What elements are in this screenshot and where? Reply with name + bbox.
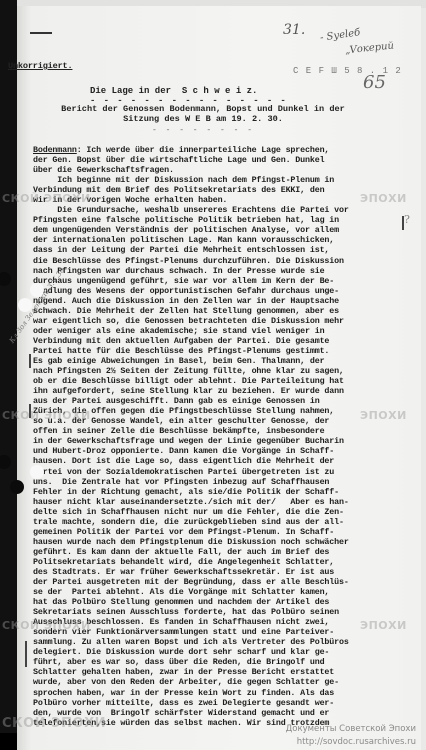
body-line: in der Gewerkschaftsfrage und wegen der … [33,436,391,446]
body-line: hat das Polbüro Stellung genommen und na… [33,597,391,607]
body-line: hausen. Dort ist die Lage so, dass eigen… [33,456,391,466]
body-line: sprochen haben, war in der Presse kein W… [33,688,391,698]
punch-hole [10,480,24,494]
archive-url: http://sovdoc.rusarchives.ru [297,737,416,747]
watermark-bottom: СКОЙ ЭПОХИ [2,716,106,731]
scan-border-corner [0,733,17,750]
body-line: dem ungenügenden Verständnis der politis… [33,225,391,235]
body-line: Partei von der Sozialdemokratischen Part… [33,467,391,477]
body-line: offen in seiner Zelle die Beschlüsse bek… [33,426,391,436]
punch-hole [30,465,44,479]
body-line: geführt. Es kam dann der aktuelle Fall, … [33,547,391,557]
watermark-right: ЭПОХИ [360,619,407,632]
body-line: der Gen. Bopst über die wirtschaftliche … [33,155,391,165]
body-line: Fehler in der Richtung gemacht, als sie/… [33,487,391,497]
body-line: und Hubert-Droz opponierte. Dann kamen d… [33,446,391,456]
archive-credit: Документы Советской Эпохи [286,724,416,734]
body-line: des Stadtrats. Er war früher Gewerkschaf… [33,567,391,577]
body-line: der internationalen politischen Lage. Ma… [33,235,391,245]
body-line: uns. Die Zentrale hat vor Pfingsten inbe… [33,477,391,487]
body-line: Politsekretariats behandelt wird, die An… [33,557,391,567]
body-line: Es gab einige Abweichungen in Basel, bei… [33,356,391,366]
body-line: führt, aber es war so, dass über die Red… [33,657,391,667]
scan-border-strip [0,0,17,750]
body-line: Polbüro vorher mitteilte, dass es zwei D… [33,698,391,708]
body-line: durchaus ungenügend geführt, sie war vor… [33,276,391,286]
body-line: Die Grundursache, weshalb unsereres Erac… [33,205,391,215]
body-line: Schlatter gehalten haben, zwar in der Pr… [33,667,391,677]
body-line: Sekretariats seinen Ausschluss forderte,… [33,607,391,617]
punch-hole [18,298,32,312]
body-line: Ich beginne mit der Diskussion nach dem … [33,175,391,185]
body-line: schwach. Die Mehrheit der Zellen hat Ste… [33,306,391,316]
handwritten-number: 31. [283,22,305,38]
body-line: Partei hatte für die Beschlüsse des Pfin… [33,346,391,356]
watermark-left: СКОЙ ЭПОХИ [2,619,91,632]
body-line: delegiert. Die Diskussion wurde dort seh… [33,647,391,657]
status-label: Unkorrigiert. [8,61,72,71]
body-line: die Beschlüsse des Pfingst-Plenums durch… [33,256,391,266]
body-line: nügend. Auch die Diskussion in den Zelle… [33,296,391,306]
margin-mark [25,641,27,667]
body-line: se der Partei ablehnt. Als die Vorgänge … [33,587,391,597]
body-line: über die Gewerkschaftsfragen. [33,165,391,175]
body-line: aus der Partei ausgeschifft. Dann gab es… [33,396,391,406]
body-line: wurde, aber von den Reden der Arbeiter, … [33,677,391,687]
subtitle-rule: - - - - - - - - [152,126,254,135]
body-line: hauser nicht klar auseinandersetzte./sic… [33,497,391,507]
body-line: nach Pfingsten 2½ Seiten der Zeitung fül… [33,366,391,376]
body-line: Bodenmann: Ich werde über die innerparte… [33,145,391,155]
body-line: gemeinen Politik der Partei vor dem Pfin… [33,527,391,537]
speaker-name: Bodenmann [33,145,77,155]
body-line: war eigentlich so, die Genossen betracht… [33,316,391,326]
document-title: Die Lage in der S c h w e i z. [90,86,257,96]
body-line: der Partei ausgetreten mit der Begründun… [33,577,391,587]
page-number: 65 [363,72,386,93]
body-line: dass in der Leitung der Partei die Mehrh… [33,245,391,255]
body-line: nach Pfingsten war durchaus schwach. In … [33,266,391,276]
document-body: Bodenmann: Ich werde über die innerparte… [33,145,391,728]
body-line: sammlung. Zu allen waren Bopst und ich a… [33,637,391,647]
body-line: ob er die Beschlüsse billigt oder ablehn… [33,376,391,386]
body-line: handlung des Wesens der opportunistische… [33,286,391,296]
body-line: trale machte, sondern die, die zurückgeb… [33,517,391,527]
body-line: ihn aufgefordert, seine Stellung klar zu… [33,386,391,396]
watermark-left: СКОЙ ЭПОХИ [2,409,91,422]
document-subtitle: Bericht der Genossen Bodenmann, Bopst un… [33,104,373,124]
margin-question-mark: ? [404,213,410,226]
watermark-right: ЭПОХИ [360,409,407,422]
punch-hole [30,283,44,297]
body-line: oder weniger als eine akademische; sie s… [33,326,391,336]
watermark-left: СКОЙ ЭПОХИ [2,192,91,205]
header-dash-mark [30,32,52,34]
subtitle-line-1: Bericht der Genossen Bodenmann, Bopst un… [33,104,373,114]
margin-mark [29,354,31,368]
body-line: Verbindung mit den aktuellen Aufgaben de… [33,336,391,346]
body-line: delte sich in Schaffhausen nicht nur um … [33,507,391,517]
subtitle-line-2: Sitzung des W E B am 19. 2. 30. [33,114,373,124]
body-line: hausen wurde nach dem Pfingstplenum die … [33,537,391,547]
body-line: Pfingsten eine falsche politische Politi… [33,215,391,225]
watermark-right: ЭПОХИ [360,192,407,205]
